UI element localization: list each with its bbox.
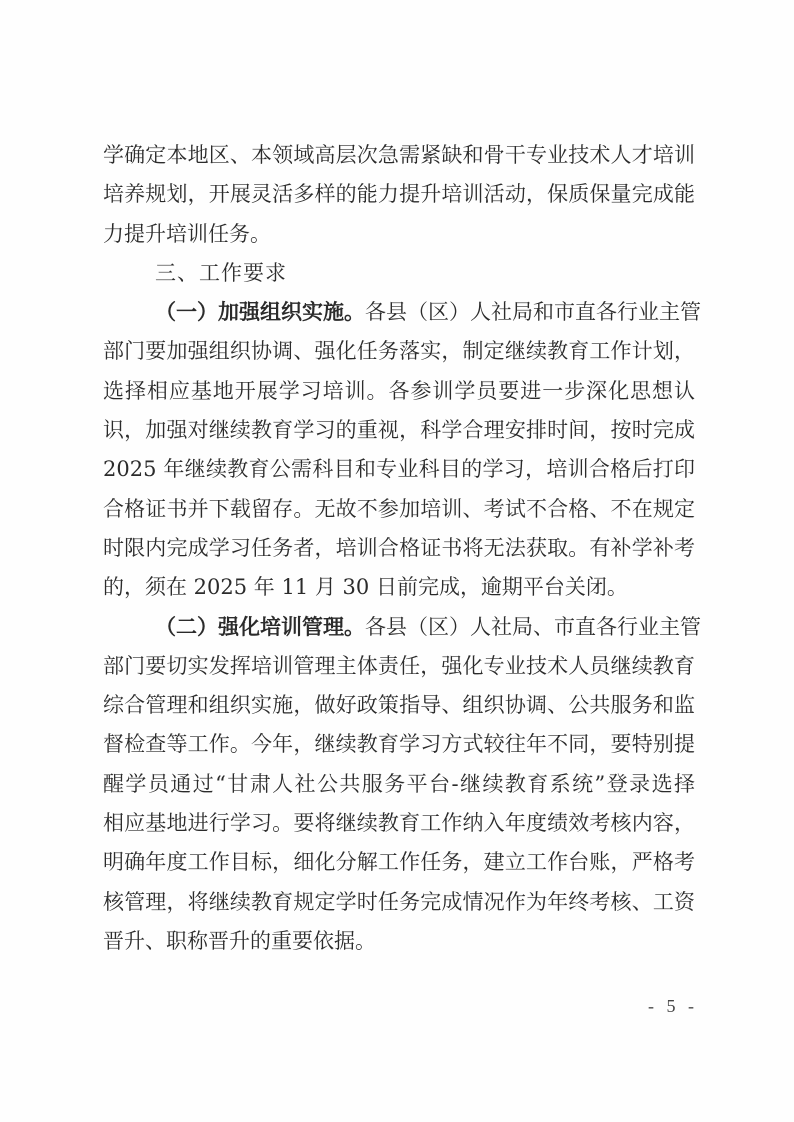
paragraph-line: 的，须在 2025 年 11 月 30 日前完成，逾期平台关闭。 xyxy=(103,568,695,607)
document-page: 学确定本地区、本领域高层次急需紧缺和骨干专业技术人才培训 培养规划，开展灵活多样… xyxy=(0,0,794,1122)
paragraph-line: 部门要切实发挥培训管理主体责任，强化专业技术人员继续教育 xyxy=(103,647,695,686)
paragraph-line: 时限内完成学习任务者，培训合格证书将无法获取。有补学补考 xyxy=(103,529,695,568)
section-heading: 三、工作要求 xyxy=(103,254,695,293)
subsection-2-title: （二）强化培训管理。 xyxy=(155,615,365,639)
subsection-1-first-text: 各县（区）人社局和市直各行业主管 xyxy=(365,300,701,324)
paragraph-line: 醒学员通过“甘肃人社公共服务平台-继续教育系统”登录选择 xyxy=(103,765,695,804)
paragraph-line: 晋升、职称晋升的重要依据。 xyxy=(103,922,695,961)
paragraph-line: 选择相应基地开展学习培训。各参训学员要进一步深化思想认 xyxy=(103,372,695,411)
paragraph-line: 核管理，将继续教育规定学时任务完成情况作为年终考核、工资 xyxy=(103,883,695,922)
subsection-2-first-line: （二）强化培训管理。各县（区）人社局、市直各行业主管 xyxy=(103,608,695,647)
document-body: 学确定本地区、本领域高层次急需紧缺和骨干专业技术人才培训 培养规划，开展灵活多样… xyxy=(103,136,695,961)
paragraph-line: 部门要加强组织协调、强化任务落实，制定继续教育工作计划， xyxy=(103,332,695,371)
page-number: - 5 - xyxy=(648,996,698,1017)
paragraph-line: 力提升培训任务。 xyxy=(103,215,695,254)
paragraph-line: 合格证书并下载留存。无故不参加培训、考试不合格、不在规定 xyxy=(103,490,695,529)
paragraph-line: 培养规划，开展灵活多样的能力提升培训活动，保质保量完成能 xyxy=(103,175,695,214)
subsection-1-title: （一）加强组织实施。 xyxy=(155,300,365,324)
subsection-1-first-line: （一）加强组织实施。各县（区）人社局和市直各行业主管 xyxy=(103,293,695,332)
paragraph-line: 识，加强对继续教育学习的重视，科学合理安排时间，按时完成 xyxy=(103,411,695,450)
paragraph-line: 2025 年继续教育公需科目和专业科目的学习，培训合格后打印 xyxy=(103,450,695,489)
subsection-2-first-text: 各县（区）人社局、市直各行业主管 xyxy=(365,615,701,639)
paragraph-line: 综合管理和组织实施，做好政策指导、组织协调、公共服务和监 xyxy=(103,686,695,725)
paragraph-line: 明确年度工作目标，细化分解工作任务，建立工作台账，严格考 xyxy=(103,843,695,882)
paragraph-line: 相应基地进行学习。要将继续教育工作纳入年度绩效考核内容， xyxy=(103,804,695,843)
paragraph-line: 学确定本地区、本领域高层次急需紧缺和骨干专业技术人才培训 xyxy=(103,136,695,175)
paragraph-line: 督检查等工作。今年，继续教育学习方式较往年不同，要特别提 xyxy=(103,725,695,764)
